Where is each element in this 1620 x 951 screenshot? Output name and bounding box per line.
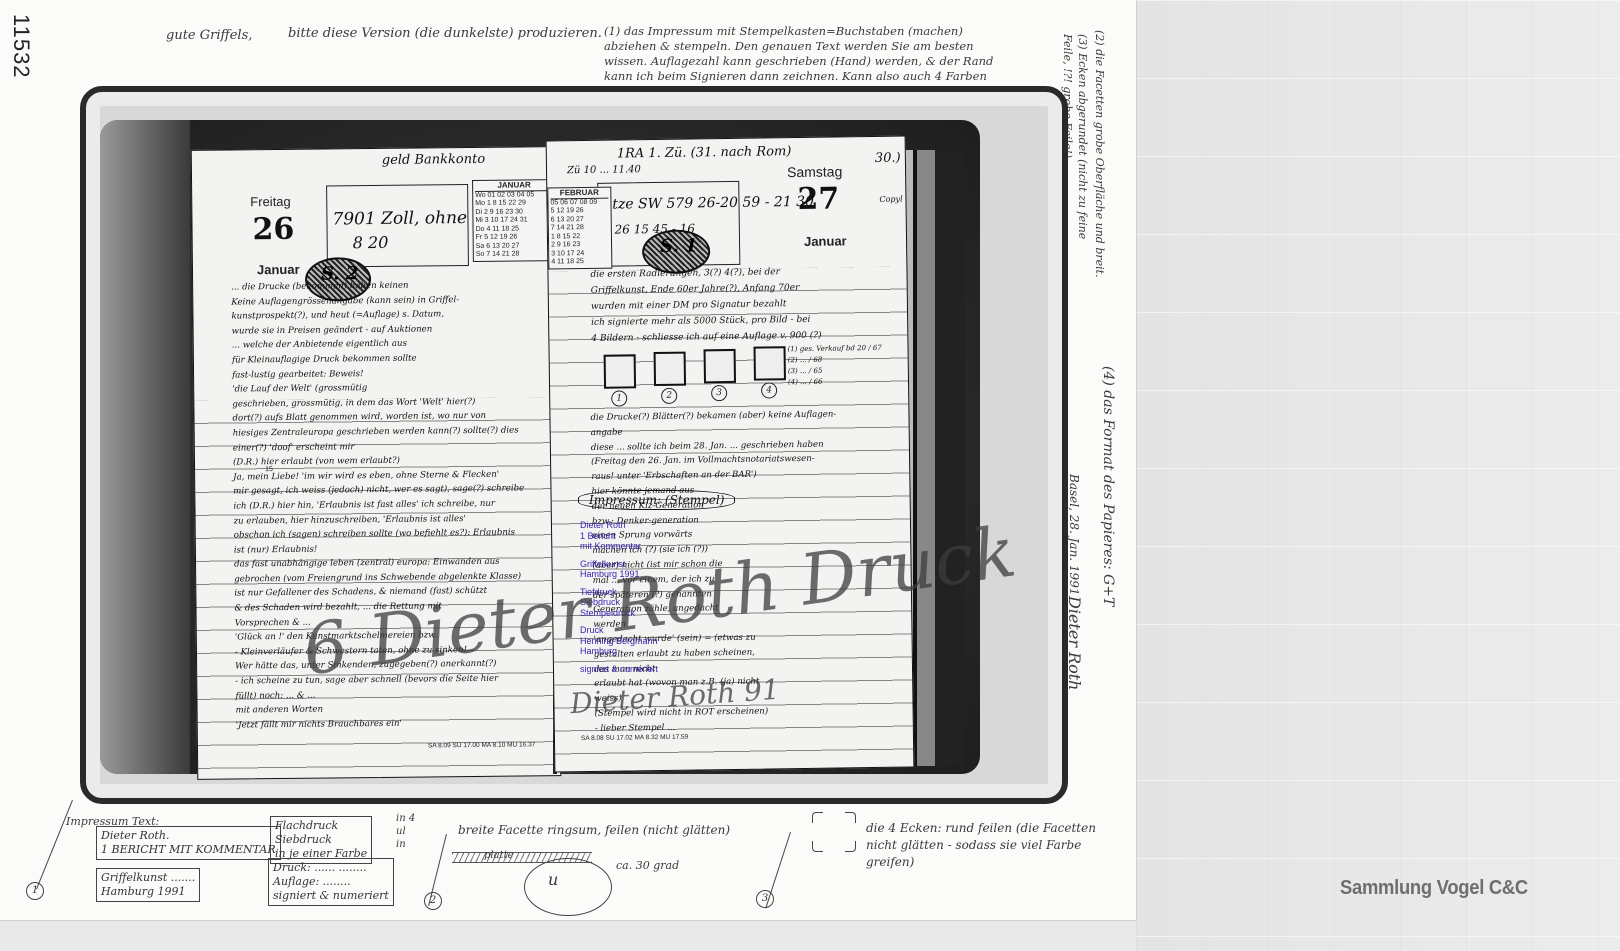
section-marker-1: 1 [26, 882, 44, 900]
signature: Dieter Roth [1066, 596, 1082, 716]
detail-ellipse [524, 858, 612, 916]
box-line: Dieter Roth. [101, 829, 276, 843]
impressum-box-druck: Druck: ...... ........ Auflage: ........… [268, 858, 394, 906]
handwritten-text-right: die ersten Radierungen, 3(?) 4(?), bei d… [590, 263, 891, 347]
box-line: Hamburg 1991 [101, 885, 195, 899]
mini-calendar-februar: FEBRUAR 05 06 07 08 09 5 12 19 26 6 13 2… [547, 187, 612, 269]
section-marker-2: 2 [424, 892, 442, 910]
scribble-header-2: Zü 10 ... 11.40 [567, 164, 641, 176]
diary-page-left: geld Bankkonto Freitag 26 Januar 7901 Zo… [191, 146, 562, 780]
background-panel [1136, 0, 1620, 951]
note-2-facetten: (2) die Facetten grobe Oberfläche und br… [1092, 30, 1107, 300]
stamp-line: mit Kommentar [580, 541, 680, 552]
print-thumbnail-1 [604, 354, 636, 388]
angle-note: ca. 30 grad [616, 858, 679, 874]
note-gute-griffels: gute Griffels, [166, 28, 252, 44]
box-line: Druck: ...... ........ [273, 861, 389, 875]
page-number-left: 15 [265, 466, 273, 473]
entry-schaetze: Schätze SW 579 26-20 59 - 21 30 [577, 194, 814, 213]
inventory-number: 11532 [4, 14, 34, 86]
artwork-sheet: 11532 gute Griffels, bitte diese Version… [0, 0, 1137, 921]
calendar-row: So 7 14 21 28 [476, 250, 554, 259]
print-thumbnail-4 [754, 346, 786, 380]
detail-ellipse-label: u [548, 872, 558, 888]
book-cover-edge [905, 150, 965, 766]
facette-note: breite Facette ringsum, feilen (nicht gl… [458, 822, 730, 838]
stamp-line: signiert & numeriert [580, 664, 680, 675]
section-marker-3: 3 [756, 890, 774, 908]
side-note-line: in 4 [396, 812, 415, 825]
weekday-right: Samstag [787, 163, 842, 180]
print-thumbnail-2 [654, 352, 686, 386]
mini-calendar-januar: JANUAR Wo 01 02 03 04 05 Mo 1 8 15 22 29… [472, 179, 557, 261]
side-note-line: in [396, 838, 415, 851]
box-line: Griffelkunst ....... [101, 871, 195, 885]
collection-watermark: Sammlung Vogel C&C [1340, 877, 1528, 900]
box-line: Flachdruck [275, 819, 367, 833]
entry-820: 8 20 [353, 233, 389, 252]
impressum-bubble: Impressum: (Stempel) [578, 490, 735, 510]
edition-list: (1) ges. Verkauf bd 20 / 67(2) ... / 68(… [787, 343, 882, 388]
plate-label: platte [484, 848, 514, 864]
stamp-line: Dieter Roth [580, 520, 680, 531]
stamp-group: signiert & numeriert [580, 664, 680, 675]
side-note-line: ul [396, 825, 415, 838]
stamp-group: Dieter Roth1 Berichtmit Kommentar [580, 520, 680, 552]
scribble-bankkonto: geld Bankkonto [382, 152, 485, 168]
impressum-box-title: Dieter Roth. 1 BERICHT MIT KOMMENTAR [96, 826, 281, 860]
corner-note-copyl: Copyl [879, 195, 902, 204]
month-right: Januar [804, 233, 847, 249]
sun-moon-times-left: SA 8.09 SU 17.00 MA 8.10 MU 16.37 [428, 741, 535, 749]
impressum-box-technique: Flachdruck Siebdruck in je einer Farbe [270, 816, 372, 864]
month-left: Januar [257, 262, 300, 277]
box-line: Siebdruck [275, 833, 367, 847]
weekday-left: Freitag [250, 194, 291, 209]
box-line: 1 BERICHT MIT KOMMENTAR [101, 843, 276, 857]
note-4-format: (4) das Format des Papieres: G+T [1100, 366, 1116, 636]
box-line: Auflage: ........ [273, 875, 389, 889]
side-note: in 4 ul in [396, 812, 415, 851]
handwritten-line: (4) ... / 66 [788, 376, 882, 388]
corner-note-30: 30.) [875, 151, 901, 166]
note-version: bitte diese Version (die dunkelste) prod… [288, 26, 602, 42]
scribble-header: 1RA 1. Zü. (31. nach Rom) [617, 144, 792, 161]
corners-note: die 4 Ecken: rund feilen (die Facetten n… [866, 820, 1096, 871]
badge-s1-label: S. 1 [660, 235, 698, 257]
stamp-line: 1 Bericht [580, 531, 680, 542]
calendar-row: 4 11 18 25 [551, 258, 609, 267]
print-thumbnail-3 [704, 349, 736, 383]
thumbnail-label: 3 [711, 385, 727, 401]
impressum-box-publisher: Griffelkunst ....... Hamburg 1991 [96, 868, 200, 902]
sun-moon-times-right: SA 8.08 SU 17.02 MA 8.32 MU 17.59 [581, 734, 688, 742]
day-number-left: 26 [252, 212, 294, 247]
plate-left-shading [100, 120, 190, 774]
entry-zoll: 7901 Zoll, ohne ... [332, 208, 488, 230]
rounded-corners-icon [812, 812, 856, 852]
box-line: signiert & numeriert [273, 889, 389, 903]
